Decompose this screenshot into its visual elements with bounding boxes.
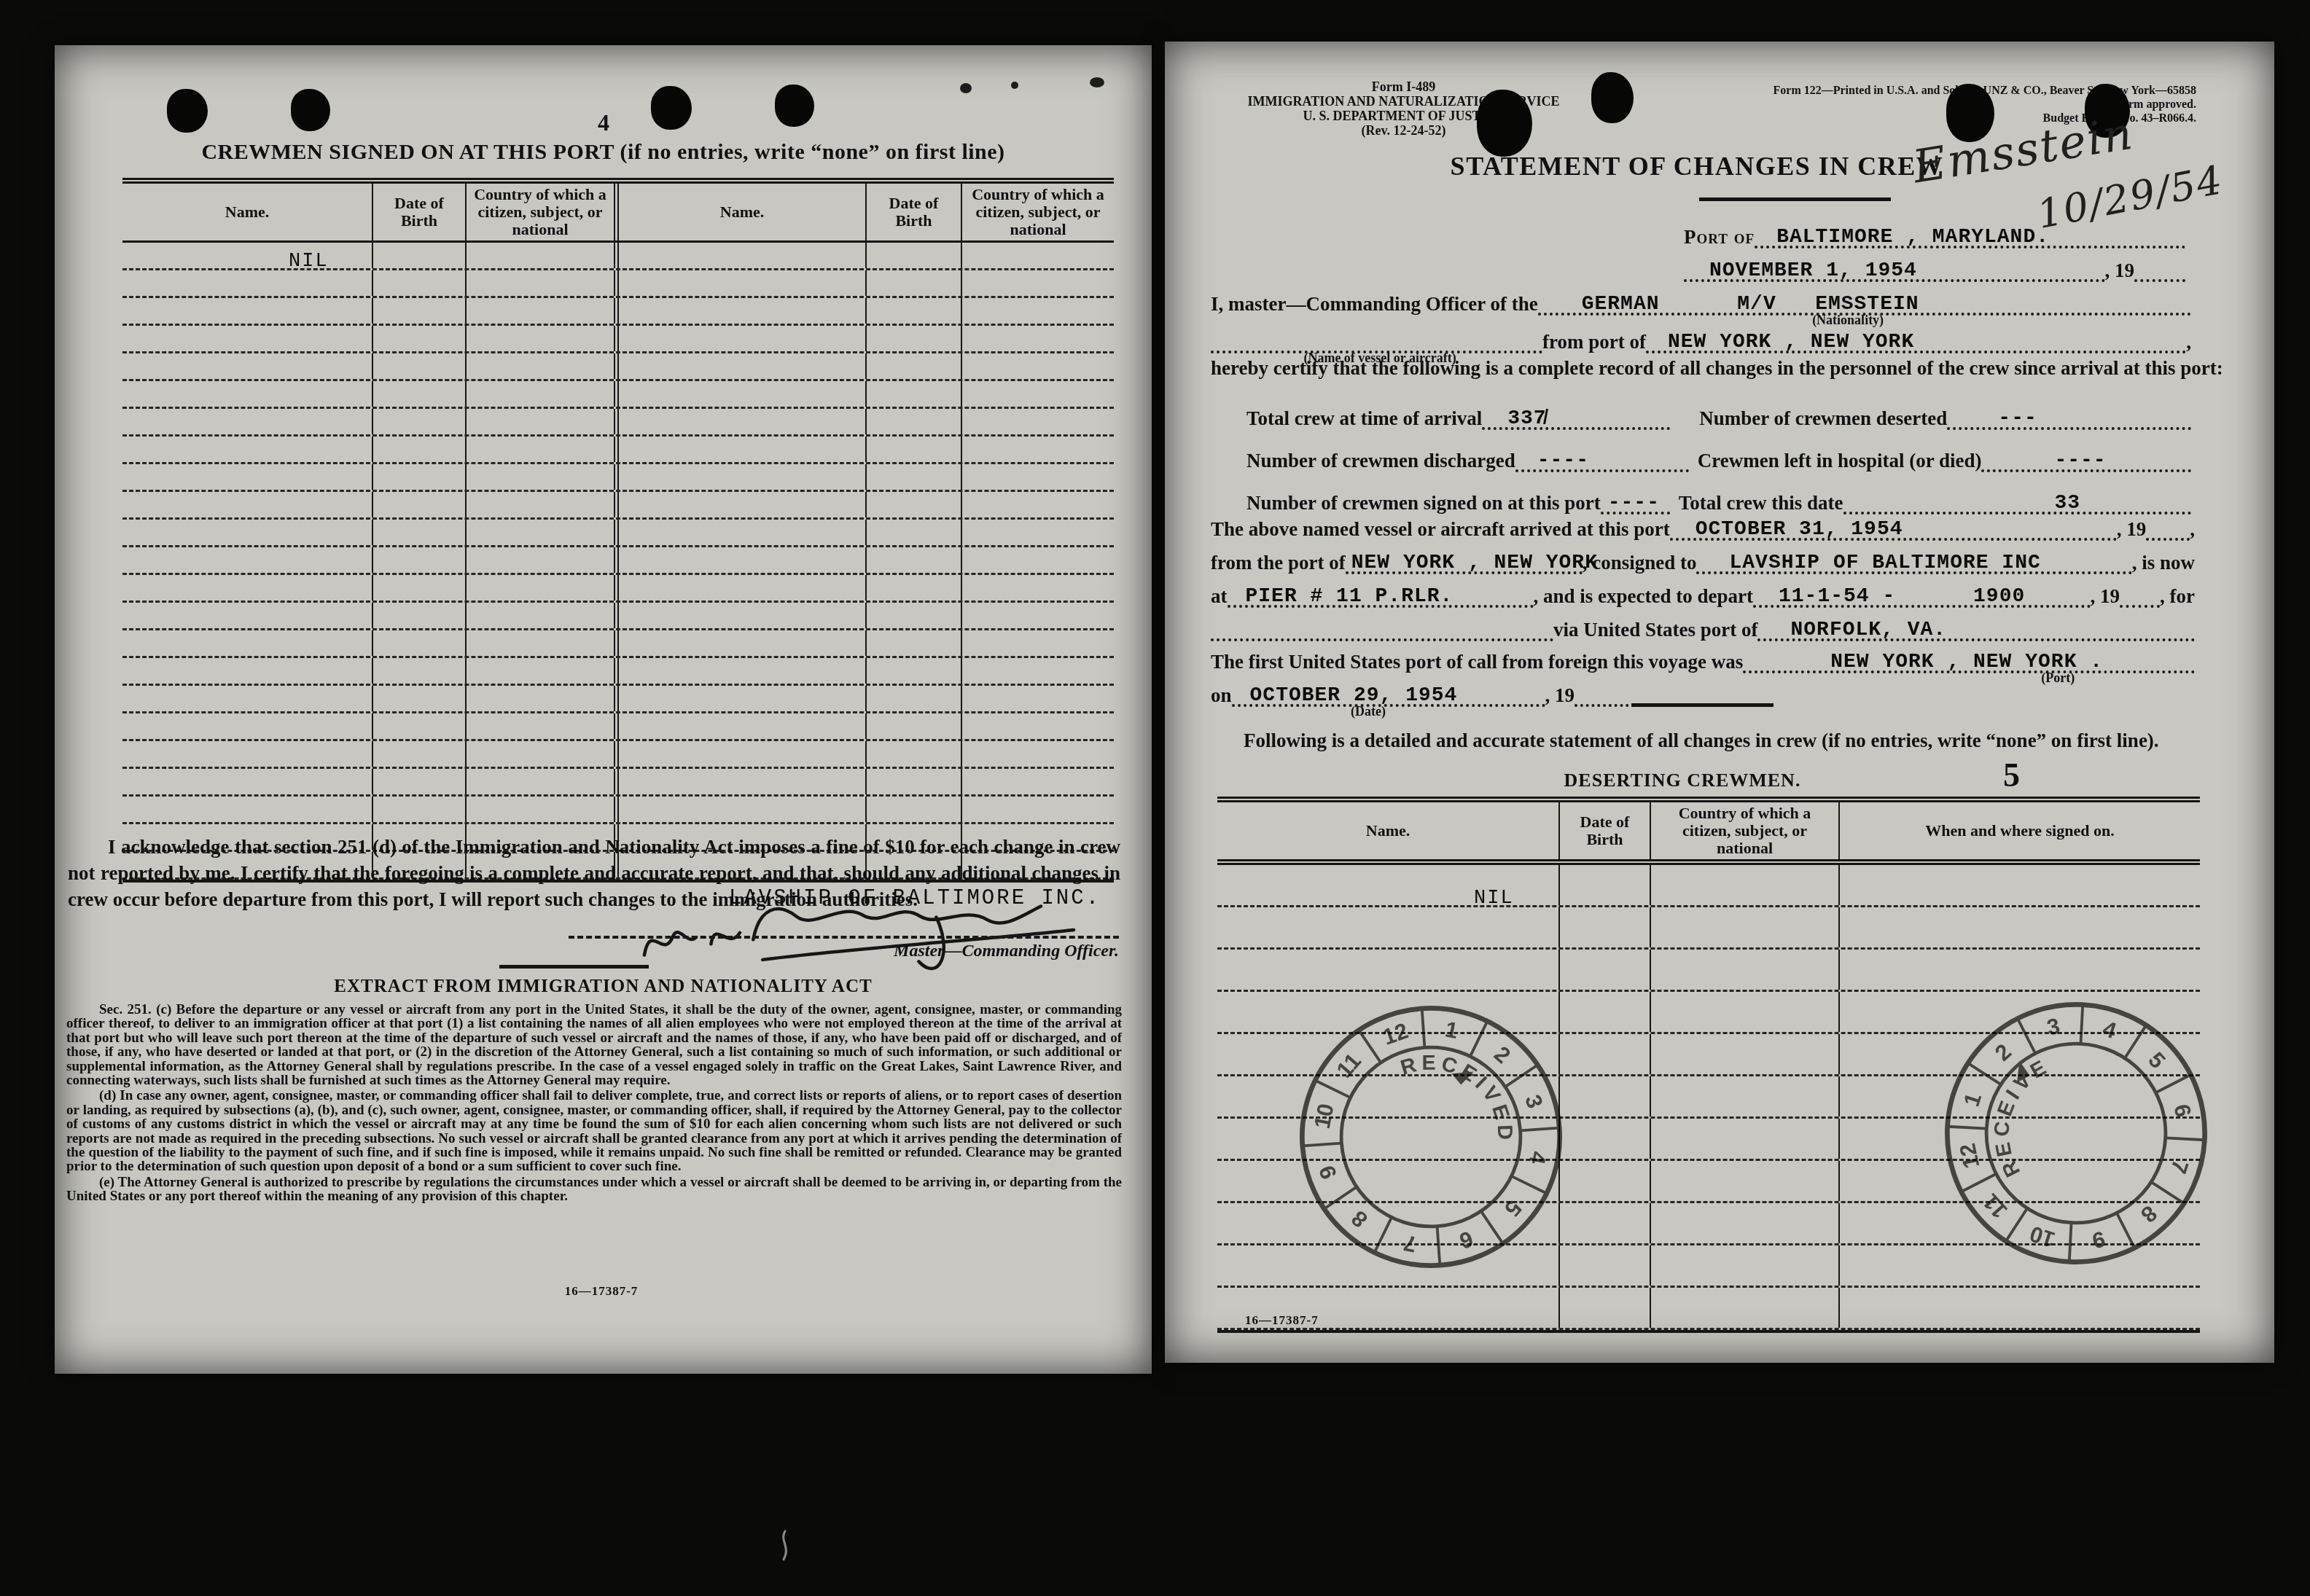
- table-cell: [865, 298, 961, 324]
- for-label: , for: [2160, 586, 2195, 608]
- left-table-title: CREWMEN SIGNED ON AT THIS PORT (if no en…: [95, 140, 1112, 165]
- from-port-fill: NEW YORK , NEW YORK: [1346, 545, 1583, 574]
- table-cell: [614, 381, 865, 407]
- via-value: NORFOLK, VA.: [1757, 619, 1946, 642]
- svg-text:10: 10: [1309, 1101, 1339, 1130]
- film-scratch: [776, 1529, 798, 1562]
- section-divider: [499, 965, 649, 969]
- stat-fill: 33: [1843, 487, 2192, 515]
- table-cell: [865, 381, 961, 407]
- table-cell: [122, 603, 372, 628]
- nineteen-label: , 19: [2117, 519, 2147, 541]
- extract-paragraph-e: (e) The Attorney General is authorized t…: [66, 1176, 1122, 1204]
- svg-text:1: 1: [1443, 1016, 1460, 1044]
- table-cell: [1558, 907, 1650, 947]
- table-cell: [1558, 992, 1650, 1032]
- punch-hole: [167, 89, 208, 133]
- date-line: NOVEMBER 1, 1954 , 19: [1684, 253, 2185, 282]
- svg-text:8: 8: [2136, 1200, 2162, 1227]
- table-cell: [465, 243, 614, 268]
- records-unit-received-stamp: 121234567891011RECEIVED: [1281, 987, 1580, 1286]
- stat-fill: ---: [1947, 402, 2191, 430]
- table-cell: [465, 603, 614, 628]
- table-cell: [465, 658, 614, 684]
- table-cell: [465, 437, 614, 462]
- nineteen-label: , 19: [1545, 685, 1575, 707]
- table-cell: [961, 464, 1114, 490]
- table-cell: [865, 409, 961, 434]
- table-cell: [961, 658, 1114, 684]
- svg-text:11: 11: [1978, 1189, 2013, 1224]
- depart-fill: 11-1-54 - 1900: [1753, 579, 2091, 608]
- stat-value: 337̸: [1482, 408, 1546, 431]
- from-port-value: NEW YORK , NEW YORK: [1346, 552, 1598, 575]
- ink-speck: [960, 83, 972, 93]
- table-cell: [465, 547, 614, 573]
- ink-speck: [1011, 82, 1018, 89]
- svg-text:9: 9: [1314, 1162, 1342, 1183]
- stats-row-2: Number of crewmen discharged ---- Crewme…: [1246, 445, 2191, 472]
- on-label: on: [1211, 685, 1232, 707]
- table-row: NIL: [122, 243, 1114, 270]
- stat-label: Total crew at time of arrival: [1246, 408, 1482, 430]
- table-row: [122, 769, 1114, 797]
- table-cell: [614, 741, 865, 767]
- table-cell: [1838, 907, 2200, 947]
- table-row: [122, 547, 1114, 575]
- consigned-fill: LAVSHIP OF BALTIMORE INC: [1696, 545, 2131, 574]
- table-row: [122, 603, 1114, 630]
- form-number: 16—17387-7: [521, 1284, 682, 1299]
- punch-hole: [651, 86, 692, 130]
- port-caption: (Port): [2041, 671, 2075, 686]
- table-cell: [122, 686, 372, 711]
- table-cell: [465, 409, 614, 434]
- table-cell: [372, 713, 465, 739]
- table-cell: [122, 381, 372, 407]
- table-body: NIL: [122, 243, 1114, 883]
- table-cell: [961, 713, 1114, 739]
- table-cell: [961, 353, 1114, 379]
- at-label: at: [1211, 586, 1228, 608]
- table-cell: [1650, 1245, 1838, 1286]
- depart-label: , and is expected to depart: [1534, 586, 1753, 608]
- table-cell: [465, 298, 614, 324]
- svg-text:3: 3: [2045, 1013, 2062, 1041]
- table-cell: [614, 409, 865, 434]
- stat-label: Crewmen left in hospital (or died): [1698, 450, 1982, 472]
- arrival-line-5: The first United States port of call fro…: [1211, 644, 2195, 673]
- col-header-name: Name.: [1217, 802, 1558, 859]
- table-row: [122, 686, 1114, 713]
- table-cell: [865, 270, 961, 296]
- agency-name: IMMIGRATION AND NATURALIZATION SERVICE: [1212, 94, 1595, 109]
- form-number: 16—17387-7: [1245, 1313, 1319, 1328]
- table-cell: [961, 381, 1114, 407]
- stat-label: Number of crewmen discharged: [1246, 450, 1515, 472]
- svg-text:6: 6: [1456, 1226, 1477, 1254]
- table-cell: [1558, 1288, 1650, 1328]
- nineteen-label: , 19: [2091, 586, 2120, 608]
- table-cell: [372, 381, 465, 407]
- table-cell: [372, 353, 465, 379]
- punch-hole: [1477, 90, 1532, 157]
- year-fill: [2146, 512, 2190, 541]
- table-cell: [614, 326, 865, 351]
- col-header-country: Country of which a citizen, subject, or …: [465, 184, 614, 240]
- table-cell: [465, 630, 614, 656]
- table-cell: [1838, 865, 2200, 905]
- table-cell: [465, 686, 614, 711]
- table-cell: [865, 686, 961, 711]
- table-cell: [465, 575, 614, 601]
- arrival-line-1: The above named vessel or aircraft arriv…: [1211, 512, 2195, 541]
- table-cell: [1650, 1076, 1838, 1116]
- arrival-line-3: at PIER # 11 P.RLR. , and is expected to…: [1211, 579, 2195, 608]
- table-cell: [614, 298, 865, 324]
- pier-value: PIER # 11 P.RLR.: [1228, 586, 1453, 609]
- table-cell: [614, 243, 865, 268]
- stat-value: ----: [1515, 450, 1589, 473]
- extract-paragraph-d: (d) In case any owner, agent, consignee,…: [66, 1089, 1122, 1173]
- table-cell: [372, 686, 465, 711]
- table-cell: [465, 381, 614, 407]
- table-cell: [614, 492, 865, 517]
- left-page: 4 CREWMEN SIGNED ON AT THIS PORT (if no …: [55, 45, 1152, 1374]
- table-cell: [122, 520, 372, 545]
- table-cell: [865, 464, 961, 490]
- table-cell: [465, 326, 614, 351]
- nil-entry: NIL: [122, 251, 329, 273]
- table-cell: [465, 520, 614, 545]
- table-cell: [865, 741, 961, 767]
- stat-fill: ----: [1601, 487, 1670, 515]
- table-cell: [1558, 1076, 1650, 1116]
- table-cell: [614, 547, 865, 573]
- officer-caption: Master—Commanding Officer.: [776, 942, 1119, 961]
- certify-text: hereby certify that the following is a c…: [1211, 355, 2228, 382]
- ink-speck: [1090, 77, 1104, 87]
- table-cell: [961, 603, 1114, 628]
- svg-text:5: 5: [2143, 1047, 2170, 1073]
- table-cell: [372, 437, 465, 462]
- table-cell: [465, 270, 614, 296]
- table-cell: [372, 492, 465, 517]
- table-cell: [961, 243, 1114, 268]
- punch-hole: [291, 89, 330, 131]
- extract-heading: EXTRACT FROM IMMIGRATION AND NATIONALITY…: [55, 977, 1152, 997]
- microfilm-scan: { "left_page": { "page_number": "4", "ti…: [0, 0, 2310, 1596]
- port-label: Port of: [1684, 227, 1755, 249]
- table-cell: [122, 298, 372, 324]
- table-row: [122, 464, 1114, 492]
- table-row: [122, 298, 1114, 326]
- svg-text:11: 11: [1331, 1048, 1366, 1082]
- table-cell: [865, 769, 961, 794]
- table-cell: [372, 409, 465, 434]
- arrival-line-4: via United States port of NORFOLK, VA.: [1211, 612, 2195, 641]
- stats-row-1: Total crew at time of arrival 337̸ Numbe…: [1246, 402, 2191, 430]
- table-cell: [1558, 1034, 1650, 1074]
- year-fill: [1575, 678, 1640, 707]
- svg-text:12: 12: [1954, 1141, 1984, 1171]
- table-cell: [961, 769, 1114, 794]
- nil-entry: NIL: [1217, 888, 1514, 910]
- arrival-fill: OCTOBER 31, 1954: [1670, 512, 2117, 541]
- pier-fill: PIER # 11 P.RLR.: [1228, 579, 1534, 608]
- table-row: [122, 353, 1114, 381]
- call-date-value: OCTOBER 29, 1954: [1232, 685, 1458, 708]
- table-cell: [122, 326, 372, 351]
- page-number: 4: [598, 109, 609, 136]
- table-cell: [122, 713, 372, 739]
- table-cell: [865, 713, 961, 739]
- nationality-fill: GERMAN M/V EMSSTEIN (Nationality): [1538, 286, 2191, 316]
- svg-text:10: 10: [2026, 1221, 2058, 1253]
- table-cell: [961, 575, 1114, 601]
- consigned-label: , consigned to: [1583, 552, 1697, 574]
- table-cell: NIL: [122, 243, 372, 268]
- table-cell: [961, 298, 1114, 324]
- table-cell: NIL: [1217, 865, 1558, 905]
- consignee-value: LAVSHIP OF BALTIMORE INC: [1696, 552, 2040, 575]
- table-cell: [961, 492, 1114, 517]
- comma: ,: [2190, 519, 2195, 541]
- table-cell: [465, 797, 614, 822]
- table-row: [122, 381, 1114, 409]
- first-port-label: The first United States port of call fro…: [1211, 652, 1743, 673]
- table-cell: [614, 520, 865, 545]
- arrival-line-6: on OCTOBER 29, 1954 (Date) , 19: [1211, 678, 1663, 707]
- following-paragraph: Following is a detailed and accurate sta…: [1211, 728, 2198, 754]
- col-header-country2: Country of which a citizen, subject, or …: [961, 184, 1114, 240]
- table-row: [122, 326, 1114, 353]
- date-caption: (Date): [1351, 705, 1386, 719]
- port-line: Port of BALTIMORE , MARYLAND.: [1684, 219, 2185, 249]
- arrival-line-2: from the port of NEW YORK , NEW YORK , c…: [1211, 545, 2195, 574]
- table-cell: [961, 437, 1114, 462]
- table-cell: [122, 575, 372, 601]
- table-cell: [122, 492, 372, 517]
- stat-fill: 337̸: [1482, 402, 1670, 430]
- table-cell: [865, 326, 961, 351]
- depart-value: 11-1-54 - 1900: [1753, 586, 2025, 609]
- table-row: [122, 575, 1114, 603]
- table-row: [1217, 907, 2200, 950]
- table-cell: [865, 658, 961, 684]
- table-cell: [614, 686, 865, 711]
- from-port-value: NEW YORK , NEW YORK: [1646, 332, 1914, 354]
- table-cell: [372, 326, 465, 351]
- first-port-fill: NEW YORK , NEW YORK . (Port): [1743, 644, 2195, 673]
- table-cell: [122, 547, 372, 573]
- stat-label: Number of crewmen deserted: [1699, 408, 1947, 430]
- table-cell: [614, 437, 865, 462]
- col-header-country: Country of which a citizen, subject, or …: [1650, 802, 1838, 859]
- table-cell: [961, 686, 1114, 711]
- svg-text:3: 3: [1520, 1092, 1548, 1112]
- right-page: Form I-489 IMMIGRATION AND NATURALIZATIO…: [1165, 42, 2274, 1363]
- table-cell: [372, 603, 465, 628]
- table-cell: [122, 769, 372, 794]
- table-cell: [1650, 1119, 1838, 1159]
- date-value: NOVEMBER 1, 1954: [1684, 260, 1917, 283]
- crewmen-signed-on-table: Name. Date of Birth Country of which a c…: [122, 178, 1114, 883]
- travel-control-unit-received-stamp: 121234567891011RECEIVED: [1929, 986, 2223, 1280]
- table-cell: [372, 270, 465, 296]
- title-underline: [1699, 197, 1891, 201]
- master-line-1: I, master—Commanding Officer of the GERM…: [1211, 286, 2191, 316]
- table-cell: [1217, 950, 1558, 990]
- table-cell: [865, 437, 961, 462]
- table-cell: [961, 520, 1114, 545]
- table-cell: [465, 492, 614, 517]
- table-cell: [1217, 907, 1558, 947]
- table-cell: [122, 437, 372, 462]
- table-cell: [465, 713, 614, 739]
- table-cell: [961, 797, 1114, 822]
- svg-text:7: 7: [2166, 1157, 2194, 1177]
- table-cell: [122, 409, 372, 434]
- agency-header: Form I-489 IMMIGRATION AND NATURALIZATIO…: [1212, 79, 1595, 138]
- year-fill: [2120, 579, 2160, 608]
- stat-fill: ----: [1981, 445, 2191, 472]
- col-header-name: Name.: [122, 184, 372, 240]
- stat-value: ---: [1947, 408, 2037, 431]
- arrival-label: The above named vessel or aircraft arriv…: [1211, 519, 1670, 541]
- form-id: Form I-489: [1212, 79, 1595, 94]
- signature-line: [569, 936, 1119, 939]
- svg-text:7: 7: [1402, 1230, 1419, 1258]
- year-fill: [2134, 253, 2185, 282]
- table-cell: [1558, 950, 1650, 990]
- table-cell: [372, 797, 465, 822]
- table-cell: [465, 464, 614, 490]
- table-cell: [372, 630, 465, 656]
- table-cell: [465, 769, 614, 794]
- table-cell: [614, 713, 865, 739]
- table-cell: [1650, 950, 1838, 990]
- table-row: [122, 713, 1114, 741]
- from-port-label: from the port of: [1211, 552, 1346, 574]
- comma: ,: [2186, 332, 2191, 353]
- date-fill: NOVEMBER 1, 1954: [1684, 253, 2105, 282]
- svg-text:12: 12: [1379, 1018, 1411, 1050]
- table-cell: [372, 464, 465, 490]
- table-cell: [865, 797, 961, 822]
- table-row: [122, 658, 1114, 686]
- table-cell: [614, 270, 865, 296]
- port-value: BALTIMORE , MARYLAND.: [1755, 227, 2049, 249]
- table-cell: [1558, 865, 1650, 905]
- table-row: [122, 741, 1114, 769]
- arrival-date-value: OCTOBER 31, 1954: [1670, 519, 1903, 541]
- table-cell: [372, 769, 465, 794]
- table-cell: [122, 630, 372, 656]
- table-cell: [372, 547, 465, 573]
- table-cell: [614, 464, 865, 490]
- table-row: [122, 630, 1114, 658]
- table-cell: [1650, 1161, 1838, 1201]
- table-cell: [614, 769, 865, 794]
- table-cell: [614, 658, 865, 684]
- table-row: [122, 437, 1114, 464]
- table-cell: [865, 630, 961, 656]
- svg-text:9: 9: [2090, 1226, 2107, 1253]
- col-header-dob2: Date of Birth: [865, 184, 961, 240]
- table-cell: [961, 547, 1114, 573]
- table-row: [122, 492, 1114, 520]
- table-cell: [1650, 1203, 1838, 1243]
- table-cell: [1650, 1288, 1838, 1328]
- svg-text:8: 8: [1346, 1205, 1373, 1233]
- table-cell: [1650, 1034, 1838, 1074]
- table-cell: [961, 270, 1114, 296]
- table-header-row: Name. Date of Birth Country of which a c…: [122, 178, 1114, 243]
- table-cell: [961, 630, 1114, 656]
- table-cell: [122, 270, 372, 296]
- punch-hole: [1591, 72, 1634, 123]
- svg-text:5: 5: [1499, 1195, 1527, 1221]
- stat-fill: ----: [1515, 445, 1689, 472]
- table-cell: [614, 575, 865, 601]
- table-cell: [372, 243, 465, 268]
- table-cell: [372, 741, 465, 767]
- col-header-name2: Name.: [614, 184, 865, 240]
- table-cell: [465, 741, 614, 767]
- table-cell: [122, 658, 372, 684]
- table-cell: [961, 741, 1114, 767]
- table-header-row: Name. Date of Birth Country of which a c…: [1217, 797, 2200, 865]
- blank-fill: [1211, 612, 1553, 641]
- port-fill: BALTIMORE , MARYLAND.: [1755, 219, 2185, 249]
- svg-text:2: 2: [1990, 1038, 2016, 1065]
- table-row: [1217, 950, 2200, 992]
- punch-hole: [775, 85, 814, 127]
- table-cell: [865, 492, 961, 517]
- table-cell: [614, 603, 865, 628]
- col-header-dob: Date of Birth: [1558, 802, 1650, 859]
- table-cell: [961, 409, 1114, 434]
- extract-paragraph-c: Sec. 251. (c) Before the departure or an…: [66, 1003, 1122, 1087]
- nineteen-label: , 19: [2105, 260, 2135, 282]
- extract-text: Sec. 251. (c) Before the departure or an…: [66, 1003, 1122, 1205]
- table-row: [122, 797, 1114, 824]
- table-cell: [865, 243, 961, 268]
- table-cell: [1838, 1288, 2200, 1328]
- table-cell: [372, 658, 465, 684]
- from-port-fill: NEW YORK , NEW YORK: [1646, 324, 2186, 353]
- table-cell: [122, 464, 372, 490]
- table-cell: [1650, 907, 1838, 947]
- table-cell: [614, 630, 865, 656]
- via-fill: NORFOLK, VA.: [1757, 612, 2195, 641]
- table-cell: [122, 353, 372, 379]
- table-row: NIL: [1217, 865, 2200, 907]
- table-cell: [961, 326, 1114, 351]
- table-row: [122, 520, 1114, 547]
- table-cell: [372, 575, 465, 601]
- table-cell: [465, 353, 614, 379]
- table-cell: [372, 298, 465, 324]
- table-row: [122, 409, 1114, 437]
- table-row: [122, 270, 1114, 298]
- table-cell: [865, 547, 961, 573]
- master-line-2: (Name of vessel or aircraft) from port o…: [1211, 324, 2191, 353]
- table-cell: [865, 520, 961, 545]
- table-cell: [614, 797, 865, 822]
- page-number: 5: [2003, 756, 2020, 794]
